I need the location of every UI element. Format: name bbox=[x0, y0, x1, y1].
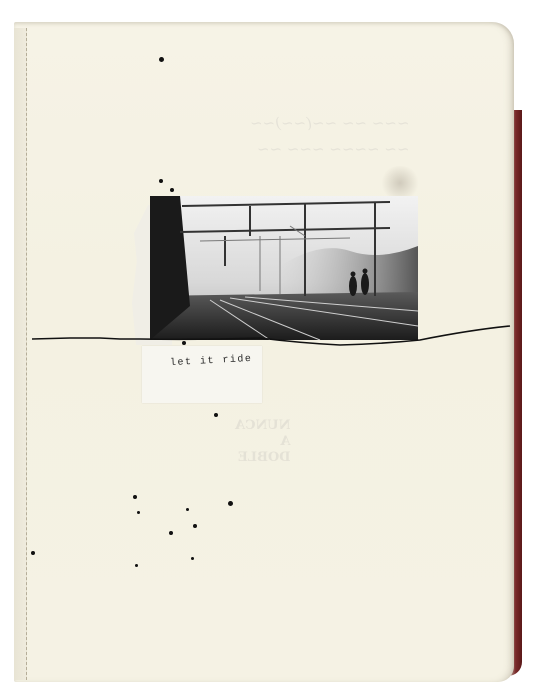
ink-dot bbox=[159, 57, 164, 62]
ink-dot bbox=[137, 511, 140, 514]
ink-dot bbox=[214, 413, 218, 417]
ink-dot bbox=[133, 495, 137, 499]
ink-dot bbox=[228, 501, 233, 506]
ink-dot bbox=[186, 508, 189, 511]
ink-dot bbox=[159, 179, 163, 183]
ink-dot bbox=[170, 188, 174, 192]
ink-dot bbox=[193, 524, 197, 528]
ink-dot bbox=[182, 341, 186, 345]
ink-dot bbox=[31, 551, 35, 555]
ink-dot bbox=[169, 531, 173, 535]
ink-dot bbox=[191, 557, 194, 560]
ink-dot bbox=[135, 564, 138, 567]
ink-line bbox=[0, 0, 533, 700]
